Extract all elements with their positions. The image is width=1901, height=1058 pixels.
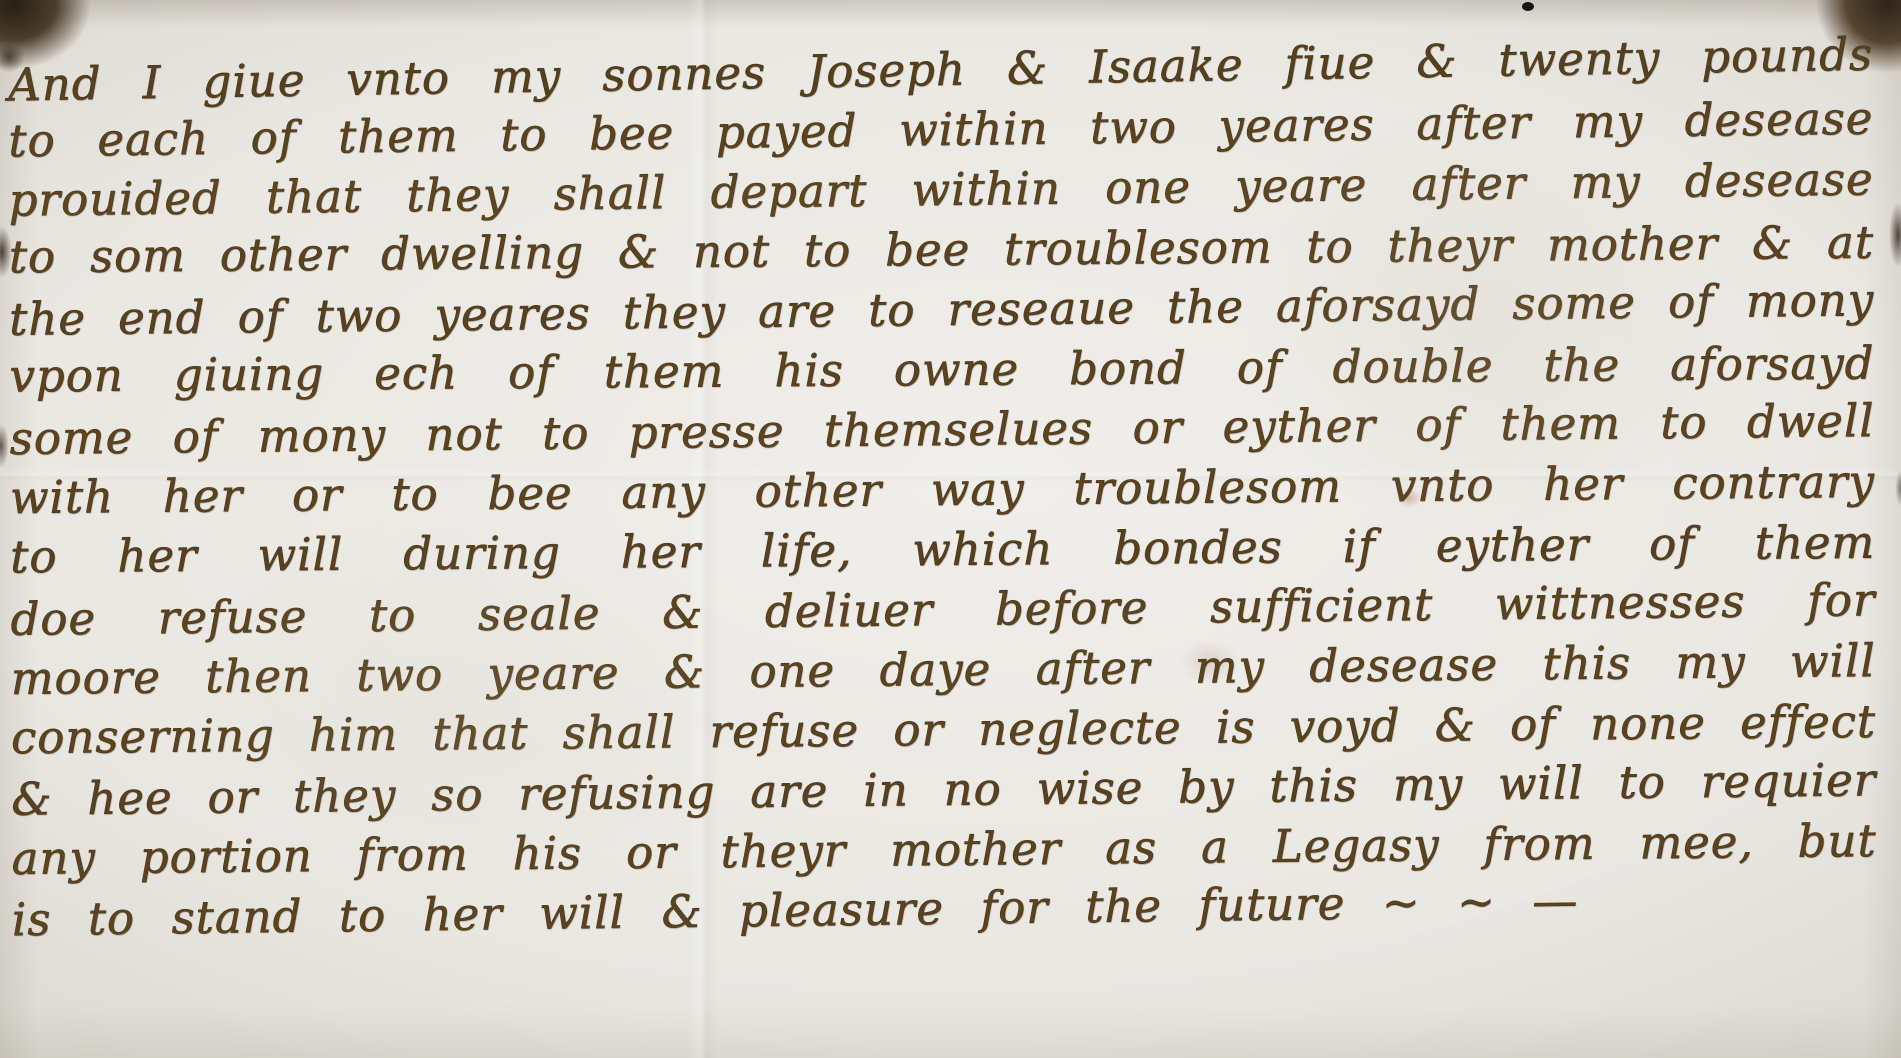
scan-mark-right-edge-1 <box>1889 202 1901 268</box>
ink-speck-top <box>1522 2 1534 11</box>
scan-mark-left-edge-2 <box>0 424 9 468</box>
manuscript-text-block: And I giue vnto my sonnes Joseph & Isaak… <box>8 36 1877 944</box>
scan-mark-right-edge-2 <box>1895 470 1901 506</box>
manuscript-page: And I giue vnto my sonnes Joseph & Isaak… <box>0 0 1901 1058</box>
